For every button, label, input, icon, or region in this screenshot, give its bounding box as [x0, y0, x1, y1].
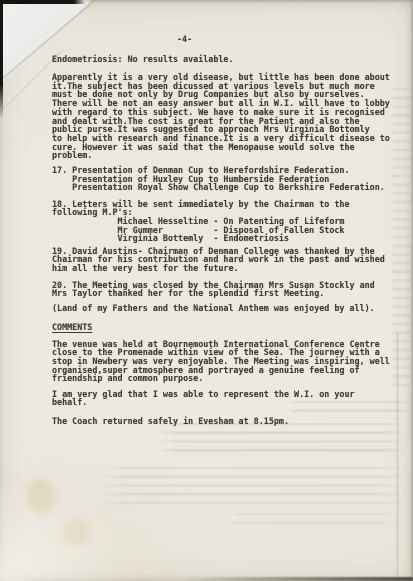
bleed-through-block-3 [100, 467, 408, 509]
corner-scan-mark-left [0, 0, 3, 120]
agenda-item-17-presentations: 17. Presentation of Denman Cup to Herefo… [52, 166, 385, 192]
anthem-note: (Land of my Fathers and the National Ant… [52, 304, 375, 313]
comments-heading: COMMENTS [52, 323, 92, 332]
text-line: behalf. [52, 398, 355, 407]
agenda-item-19-thanks: 19. David Austins- Chairman of Denman Co… [52, 247, 385, 273]
text-line: Virginia Bottemly - Endometriosis [52, 234, 344, 243]
bleed-through-block-4 [228, 513, 394, 531]
agenda-item-20-closing: 20. The Meeting was closed by the Chairm… [52, 281, 375, 298]
disease-paragraph: Apparently it is a very old disease, but… [52, 73, 390, 160]
endometriosis-results-line: Endometriosis: No results available. [52, 55, 234, 64]
text-line: Presentation Royal Show Challenge Cup to… [52, 183, 385, 192]
agenda-item-18-letters: 18. Letters will be sent immediately by … [52, 200, 350, 217]
text-line: I am very glad that I was able to repres… [52, 390, 355, 399]
bottom-edge-shadow [185, 577, 413, 581]
text-line: friendship and common purpose. [52, 374, 390, 383]
representation-note: I am very glad that I was able to repres… [52, 390, 355, 407]
text-line: Mrs Taylor thanked her for the splendid … [52, 289, 375, 298]
top-paper-edge [86, 0, 413, 2]
coach-return-line: The Coach returned safely in Evesham at … [52, 417, 289, 426]
corner-scan-mark-top [0, 0, 86, 4]
text-line: problem. [52, 151, 390, 160]
bleed-through-right-margin [391, 88, 411, 390]
text-line: cure. However it was said that the Menop… [52, 143, 390, 152]
text-line: him all the very best for the future. [52, 264, 385, 273]
bleed-through-block-2 [155, 423, 408, 457]
scanned-document-page: -4- Endometriosis: No results available.… [0, 0, 413, 581]
venue-comments-paragraph: The venue was held at Bournemouth Intern… [52, 340, 390, 384]
page-number: -4- [177, 35, 192, 44]
mp-letters-list: Michael Hesseltine - On Patenting of Lif… [52, 217, 344, 243]
